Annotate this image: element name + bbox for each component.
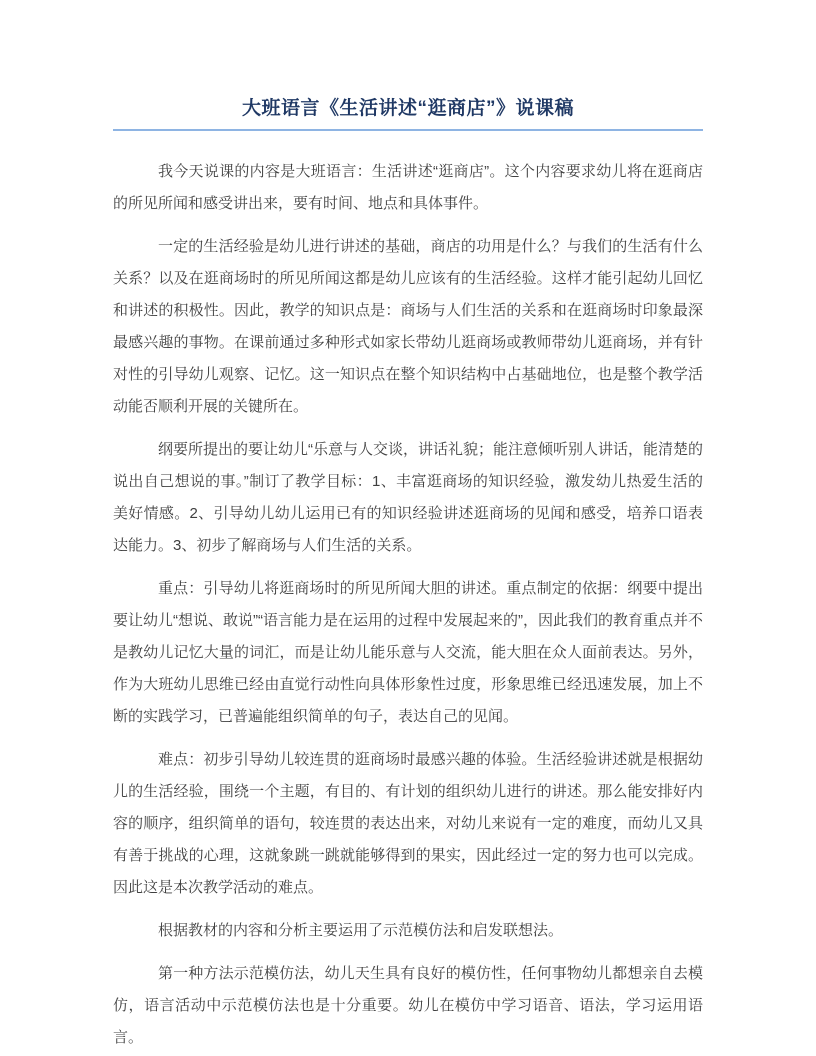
paragraph: 我今天说课的内容是大班语言：生活讲述“逛商店”。这个内容要求幼儿将在逛商店的所见… [113,156,703,220]
paragraph: 难点：初步引导幼儿较连贯的逛商场时最感兴趣的体验。生活经验讲述就是根据幼儿的生活… [113,744,703,904]
paragraph: 纲要所提出的要让幼儿“乐意与人交谈，讲话礼貌；能注意倾听别人讲话，能清楚的说出自… [113,434,703,562]
document-title: 大班语言《生活讲述“逛商店”》说课稿 [113,96,703,122]
paragraph: 重点：引导幼儿将逛商场时的所见所闻大胆的讲述。重点制定的依据：纲要中提出要让幼儿… [113,573,703,733]
title-underline [113,129,703,131]
document-page: 大班语言《生活讲述“逛商店”》说课稿 我今天说课的内容是大班语言：生活讲述“逛商… [0,0,816,1056]
paragraph: 第一种方法示范模仿法，幼儿天生具有良好的模仿性，任何事物幼儿都想亲自去模仿，语言… [113,958,703,1054]
document-body: 我今天说课的内容是大班语言：生活讲述“逛商店”。这个内容要求幼儿将在逛商店的所见… [113,156,703,1054]
paragraph: 一定的生活经验是幼儿进行讲述的基础，商店的功用是什么？与我们的生活有什么关系？以… [113,231,703,423]
paragraph: 根据教材的内容和分析主要运用了示范模仿法和启发联想法。 [113,915,703,947]
